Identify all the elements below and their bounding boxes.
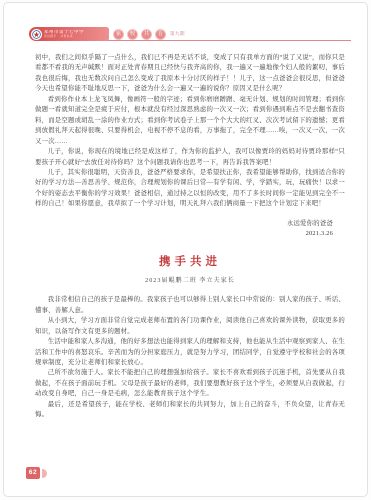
masthead-circle-char: 育	[155, 29, 166, 40]
article-paragraph: 生活中能和家人多沟通，他的好多想法也能得到家人的理解和支持，他也能从生活中观察到…	[35, 337, 345, 368]
article-paragraph: 己所不欲勿施于人。家长不能把自己的理想强加给孩子。家长不喜欢看到孩子沉迷手机，首…	[35, 368, 345, 399]
masthead: 郑州市第十七中学 家校携手 · 共育未来 家 校 共 育 第九期	[29, 27, 351, 45]
masthead-title-circles: 家 校 共 育	[113, 29, 166, 40]
masthead-row: 郑州市第十七中学 家校携手 · 共育未来 家 校 共 育 第九期	[29, 27, 185, 41]
ribbon-text: 郑州市第十七中学 家校携手 · 共育未来	[44, 30, 84, 38]
masthead-circle-char: 家	[113, 29, 124, 40]
article-title: 携手共进	[35, 255, 345, 269]
page-number: 62	[26, 467, 40, 479]
article-byline: 2023届鲲鹏二班 李立夫家长	[35, 276, 345, 286]
article-paragraph: 最后，还是希望孩子，能在学校、老师们和家长的共同努力，加上自己的奋斗，不负众望，…	[35, 400, 345, 421]
scanned-page: 郑州市第十七中学 家校携手 · 共育未来 家 校 共 育 第九期 初中，我们之间…	[3, 2, 368, 497]
school-slogan: 家校携手 · 共育未来	[44, 34, 80, 38]
letter-signature-block: 永远爱你的爸爸 2021.3.26	[35, 219, 345, 240]
page-badge-ribbon-icon	[42, 469, 47, 478]
letter-paragraph: 看到你作业本上龙飞凤舞，像画符一般的字迹；看到你磨磨蹭蹭、毫无计划、规划的时间管…	[35, 95, 345, 147]
masthead-circle-char: 共	[141, 29, 152, 40]
article-paragraph: 从小到大，学习方面非常自觉完成老师布置的各门功课作业，阅读他自己喜欢的课外读物，…	[35, 316, 345, 337]
school-ribbon: 郑州市第十七中学 家校携手 · 共育未来	[29, 27, 109, 41]
letter-paragraph: 初中，我们之间似乎隔了一点什么，我们已不再是无话不谈，变成了只有我单方面的“说了…	[35, 53, 345, 95]
issue-label: 第九期	[170, 31, 185, 37]
page-number-badge: 62	[26, 467, 47, 479]
letter-paragraph: 儿子，其实你很聪明，天资善良，爸爸严格要求你，是希望扶正你，我希望能够帮助你，找…	[35, 168, 345, 210]
page-content: 初中，我们之间似乎隔了一点什么，我们已不再是无话不谈，变成了只有我单方面的“说了…	[35, 53, 345, 421]
letter-signature: 永远爱你的爸爸	[35, 219, 333, 230]
letter-paragraph: 儿子，你说，你现在的境地已经是成这样了，作为你的监护人，我可以像贾玲的妈妈对待贾…	[35, 147, 345, 168]
letter-date: 2021.3.26	[35, 229, 333, 240]
article-paragraph: 我非常相信自己的孩子是最棒的。我家孩子也可以够得上别人家长口中常说的：别人家的孩…	[35, 295, 345, 316]
masthead-circle-char: 校	[127, 29, 138, 40]
school-logo-icon	[31, 29, 42, 40]
